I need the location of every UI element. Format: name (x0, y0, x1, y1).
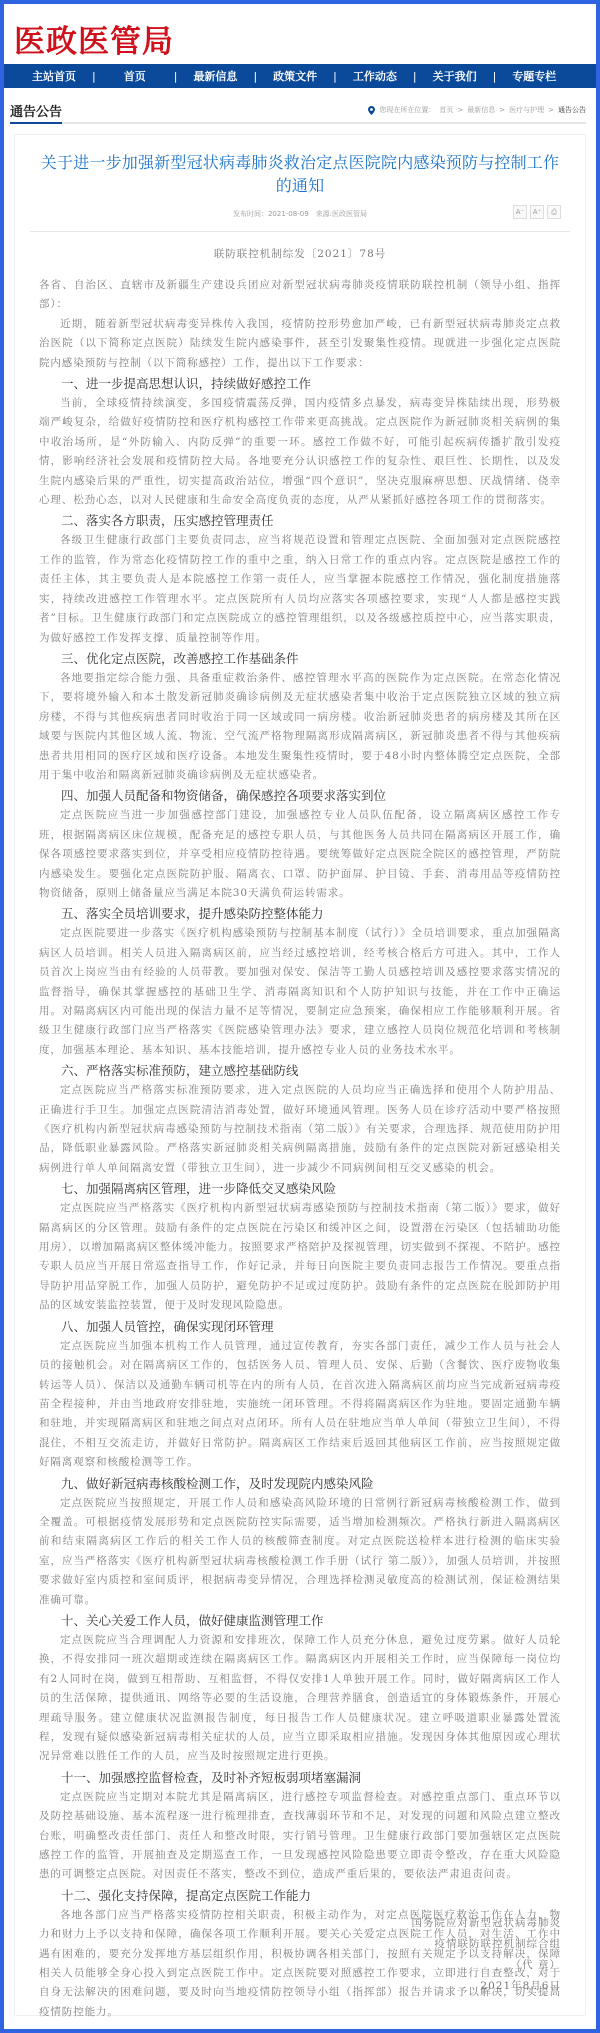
article-body: 各省、自治区、直辖市及新疆生产建设兵团应对新型冠状病毒肺炎疫情联防联控机制（领导… (39, 276, 561, 2022)
section-heading: 三、优化定点医院，改善感控工作基础条件 (39, 648, 561, 669)
section-paragraph: 各级卫生健康行政部门主要负责同志，应当将规范设置和管理定点医院、全面加强对定点医… (39, 531, 561, 647)
section-paragraph: 定点医院应当定期对本院尤其是隔离病区，进行感控专项监督检查。对感控重点部门、重点… (39, 1788, 561, 1885)
section-heading: 五、落实全员培训要求，提升感染防控整体能力 (39, 903, 561, 924)
breadcrumb-separator: > (499, 106, 505, 114)
breadcrumb-current[interactable]: 通告公告 (558, 105, 586, 115)
section-heading: 六、严格落实标准预防，建立感控基础防线 (39, 1060, 561, 1081)
nav-separator: | (327, 70, 343, 83)
section-heading: 十、关心关爱工作人员，做好健康监测管理工作 (39, 1610, 561, 1631)
nav-item-main-home[interactable]: 主站首页 (22, 68, 86, 84)
section-paragraph: 定点医院应当严格落实《医疗机构内新型冠状病毒感染预防与控制技术指南（第二版）》要… (39, 1199, 561, 1315)
site-header: 医政医管局 (4, 4, 596, 64)
article-title: 关于进一步加强新型冠状病毒肺炎救治定点医院院内感染预防与控制工作的通知 (39, 150, 561, 196)
section-paragraph: 当前，全球疫情持续演变，多国疫情震荡反弹，国内疫情多点暴发，病毒变异株陆续出现，… (39, 394, 561, 510)
section-heading: 一、进一步提高思想认识，持续做好感控工作 (39, 373, 561, 394)
page-frame: 医政医管局 主站首页 | 首页 | 最新信息 | 政策文件 | 工作动态 | 关… (4, 4, 596, 2029)
section-paragraph: 定点医院要进一步落实《医疗机构感染预防与控制基本制度（试行）》全员培训要求，重点… (39, 924, 561, 1060)
site-logo[interactable]: 医政医管局 (14, 16, 174, 61)
font-smaller-button[interactable]: A⁻ (513, 205, 527, 219)
signature-block: 国务院应对新型冠状病毒肺炎 疫情联防联控机制综合组 （代 章） 2021年8月6… (412, 1913, 562, 1997)
main-nav: 主站首页 | 首页 | 最新信息 | 政策文件 | 工作动态 | 关于我们 | … (4, 64, 596, 88)
nav-separator: | (168, 70, 184, 83)
signature-org-line2: 疫情联防联控机制综合组 (412, 1934, 562, 1955)
section-heading: 二、落实各方职责，压实感控管理责任 (39, 510, 561, 531)
section-paragraph: 定点医院应当严格落实标准预防要求，进入定点医院的人员均应当正确选择和使用个人防护… (39, 1081, 561, 1178)
breadcrumb-separator: > (548, 106, 554, 114)
section-heading: 八、加强人员管控，确保实现闭环管理 (39, 1316, 561, 1337)
nav-separator: | (247, 70, 263, 83)
divider (30, 231, 570, 232)
section-paragraph: 各地要指定综合能力强、具备重症救治条件、感控管理水平高的医院作为定点医院。在常态… (39, 669, 561, 785)
signature-date: 2021年8月6日 (412, 1976, 562, 1997)
section-heading: 九、做好新冠病毒核酸检测工作，及时发现院内感染风险 (39, 1473, 561, 1494)
document-number: 联防联控机制综发〔2021〕78号 (39, 246, 561, 261)
font-larger-button[interactable]: A⁺ (530, 205, 544, 219)
salutation: 各省、自治区、直辖市及新疆生产建设兵团应对新型冠状病毒肺炎疫情联防联控机制（领导… (39, 276, 561, 315)
nav-item-latest[interactable]: 最新信息 (183, 68, 247, 84)
signature-org-line1: 国务院应对新型冠状病毒肺炎 (412, 1913, 562, 1934)
section-paragraph: 定点医院应当加强本机构工作人员管理，通过宣传教育，夯实各部门责任，减少工作人员与… (39, 1337, 561, 1473)
section-title: 通告公告 (10, 101, 62, 124)
article-meta: 发布时间：2021-08-09 来源:医政医管局 A⁻ A⁺ ⎙ (39, 209, 561, 219)
intro-paragraph: 近期，随着新型冠状病毒变异株传入我国，疫情防控形势愈加严峻，已有新型冠状病毒肺炎… (39, 315, 561, 373)
section-bar: 通告公告 您现在所在位置： 首页 > 最新信息 > 医疗与护理 > 通告公告 (10, 100, 586, 124)
publish-info: 发布时间：2021-08-09 来源:医政医管局 (233, 210, 367, 218)
nav-separator: | (407, 70, 423, 83)
section-heading: 四、加强人员配备和物资储备，确保感控各项要求落实到位 (39, 785, 561, 806)
breadcrumb-latest[interactable]: 最新信息 (467, 105, 495, 115)
article-card: 关于进一步加强新型冠状病毒肺炎救治定点医院院内感染预防与控制工作的通知 发布时间… (14, 134, 586, 2016)
nav-separator: | (86, 70, 102, 83)
section-paragraph: 定点医院应当按照规定，开展工作人员和感染高风险环境的日常例行新冠病毒核酸检测工作… (39, 1494, 561, 1610)
section-paragraph: 定点医院应当合理调配人力资源和安排班次，保障工作人员充分休息，避免过度劳累。做好… (39, 1631, 561, 1767)
breadcrumb: 您现在所在位置： 首页 > 最新信息 > 医疗与护理 > 通告公告 (368, 105, 586, 115)
nav-item-policy[interactable]: 政策文件 (263, 68, 327, 84)
breadcrumb-medical-care[interactable]: 医疗与护理 (509, 105, 544, 115)
breadcrumb-prefix: 您现在所在位置： (379, 105, 435, 115)
breadcrumb-home[interactable]: 首页 (439, 105, 453, 115)
section-heading: 十二、强化支持保障，提高定点医院工作能力 (39, 1885, 561, 1906)
location-pin-icon (368, 106, 375, 115)
print-icon[interactable]: ⎙ (547, 205, 561, 219)
article-tools: A⁻ A⁺ ⎙ (513, 205, 561, 219)
breadcrumb-separator: > (457, 106, 463, 114)
nav-item-special[interactable]: 专题专栏 (502, 68, 566, 84)
section-heading: 十一、加强感控监督检查，及时补齐短板弱项堵塞漏洞 (39, 1767, 561, 1788)
signature-seal: （代 章） (412, 1955, 562, 1976)
nav-item-home[interactable]: 首页 (102, 68, 168, 84)
section-paragraph: 定点医院应当进一步加强感控部门建设，加强感控专业人员队伍配备，设立隔离病区感控工… (39, 806, 561, 903)
nav-item-work-news[interactable]: 工作动态 (343, 68, 407, 84)
nav-separator: | (487, 70, 503, 83)
nav-item-about[interactable]: 关于我们 (423, 68, 487, 84)
section-heading: 七、加强隔离病区管理，进一步降低交叉感染风险 (39, 1178, 561, 1199)
